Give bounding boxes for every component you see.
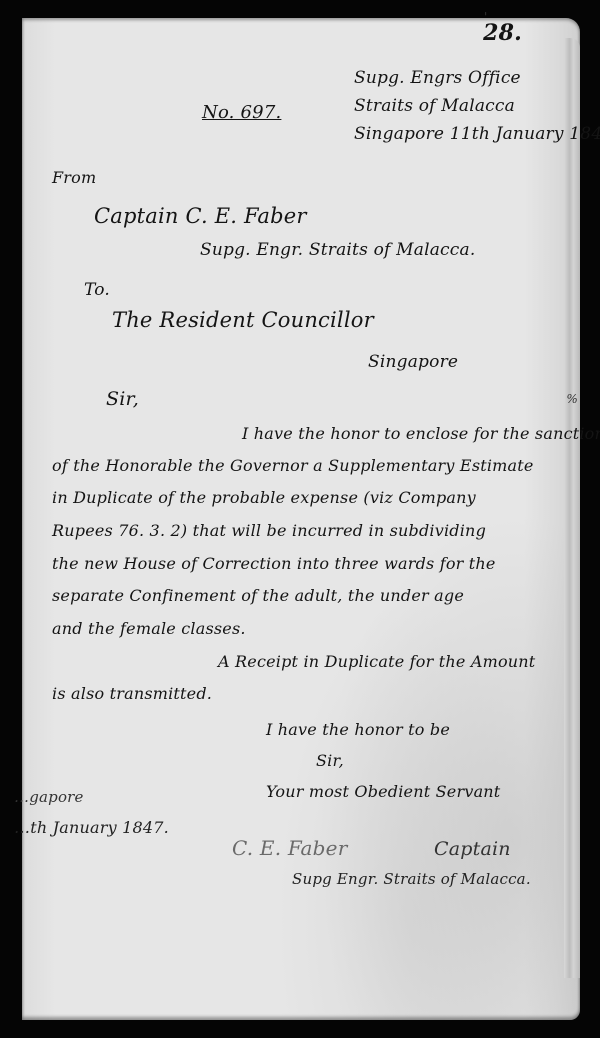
signature: C. E. Faber — [232, 836, 347, 860]
closing-line-1: I have the honor to be — [266, 720, 450, 739]
body-line: in Duplicate of the probable expense (vi… — [52, 488, 476, 507]
header-place-date: Singapore 11th January 1847 — [354, 124, 600, 144]
body-line: the new House of Correction into three w… — [52, 554, 496, 573]
header-office: Supg. Engrs Office — [354, 68, 521, 88]
scanned-document: ' 28. Supg. Engrs Office Straits of Mala… — [0, 0, 600, 1038]
body-line: of the Honorable the Governor a Suppleme… — [52, 456, 534, 475]
sender-title: Supg. Engr. Straits of Malacca. — [200, 240, 475, 260]
closing-line-2: Sir, — [316, 751, 344, 770]
letter-page: ' 28. Supg. Engrs Office Straits of Mala… — [22, 18, 580, 1020]
body-line: Rupees 76. 3. 2) that will be incurred i… — [52, 521, 486, 540]
body-line: and the female classes. — [52, 619, 246, 638]
to-label: To. — [84, 280, 110, 300]
page-number: 28. — [483, 20, 522, 46]
signature-title: Supg Engr. Straits of Malacca. — [292, 870, 531, 888]
letter-number: No. 697. — [202, 102, 281, 123]
sender-name: Captain C. E. Faber — [94, 204, 307, 228]
salutation: Sir, — [106, 388, 139, 410]
closing-line-3: Your most Obedient Servant — [266, 782, 500, 801]
margin-note-place: …gapore — [14, 788, 84, 806]
margin-mark: % — [566, 392, 578, 406]
body-line: A Receipt in Duplicate for the Amount — [218, 652, 535, 671]
body-line: separate Confinement of the adult, the u… — [52, 586, 464, 605]
page-edge-fold — [564, 38, 580, 978]
body-line: I have the honor to enclose for the sanc… — [242, 424, 600, 443]
signature-rank: Captain — [434, 838, 511, 860]
recipient-name: The Resident Councillor — [112, 308, 374, 332]
recipient-place: Singapore — [368, 352, 458, 372]
from-label: From — [52, 168, 96, 187]
body-line: is also transmitted. — [52, 684, 212, 703]
header-location: Straits of Malacca — [354, 96, 515, 116]
margin-note-date: …th January 1847. — [14, 818, 169, 837]
